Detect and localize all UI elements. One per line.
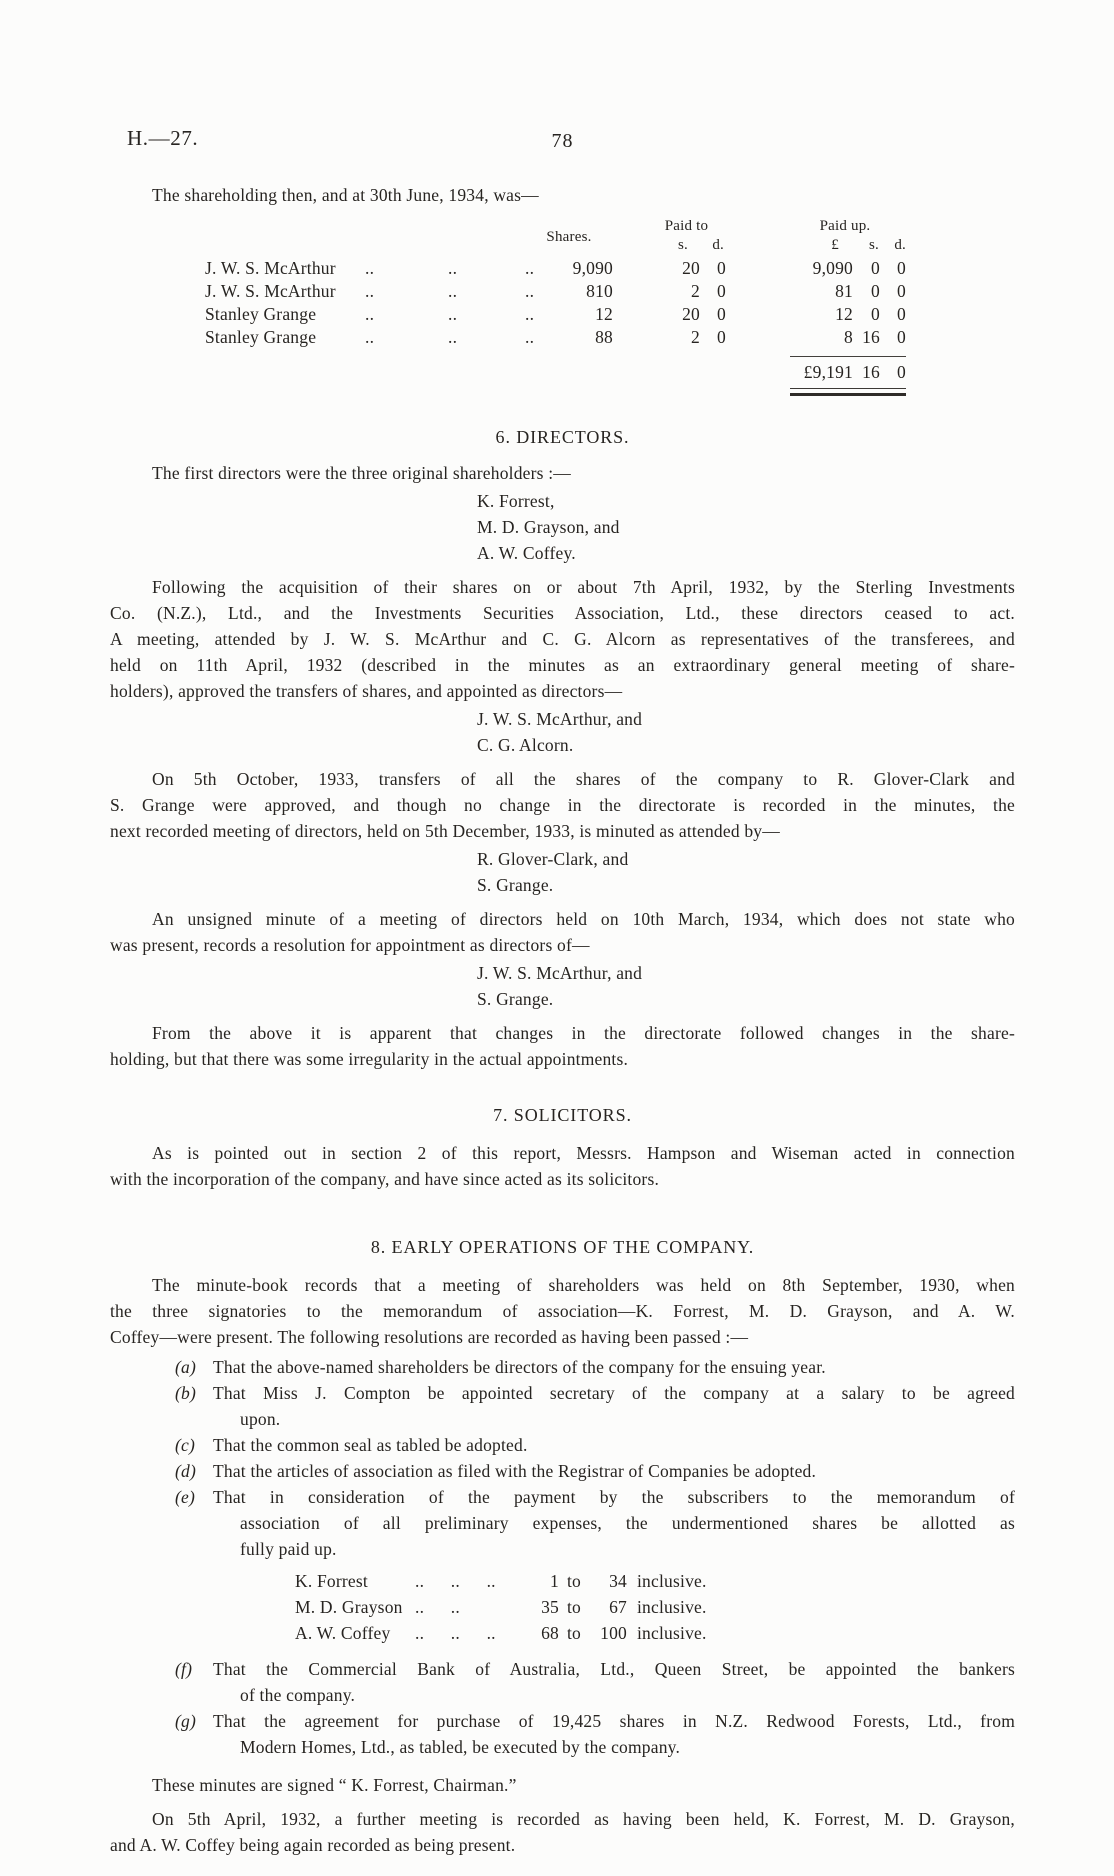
text-line: On 5th April, 1932, a further meeting is… (110, 1806, 1015, 1832)
dot-leader: .. (448, 280, 525, 303)
shares-value: 9,090 (541, 257, 613, 280)
shareholder-name: J. W. S. McArthur (205, 280, 365, 303)
share-range-to-word: to (559, 1620, 589, 1646)
text-line: That the agreement for purchase of 19,42… (213, 1708, 1015, 1734)
resolution-text: That the Commercial Bank of Australia, L… (213, 1656, 1015, 1708)
text-line: K. Forrest, (477, 488, 1015, 514)
text-line: and A. W. Coffey being again recorded as… (110, 1832, 1015, 1858)
total-s: 16 (853, 360, 880, 384)
text-line: As is pointed out in section 2 of this r… (110, 1140, 1015, 1166)
text-line: was present, records a resolution for ap… (110, 932, 1015, 958)
text-line: That the Commercial Bank of Australia, L… (213, 1656, 1015, 1682)
paid-up-s: 16 (853, 326, 880, 349)
shareholder-name: J. W. S. McArthur (205, 257, 365, 280)
paid-to-d: 0 (700, 280, 726, 303)
text-line: M. D. Grayson, and (477, 514, 1015, 540)
total-rule-row (205, 349, 1015, 357)
text-line: These minutes are signed “ K. Forrest, C… (110, 1772, 1015, 1798)
april-meeting-paragraph: On 5th April, 1932, a further meeting is… (110, 1806, 1015, 1858)
shares-value: 88 (541, 326, 613, 349)
allottee-name: K. Forrest (295, 1568, 415, 1594)
resolution-marker: (f) (175, 1656, 192, 1682)
text-line: An unsigned minute of a meeting of direc… (110, 906, 1015, 932)
dot-leader: .. (525, 257, 541, 280)
table-row: Stanley Grange .. .. .. 12 20 0 12 0 0 (205, 303, 1015, 326)
resolution-marker: (d) (175, 1458, 196, 1484)
resolution-item-e: (e) That in consideration of the payment… (213, 1484, 1015, 1562)
share-range-suffix: inclusive. (627, 1620, 707, 1646)
text-line: S. Grange. (477, 986, 1015, 1012)
text-line: That the above-named shareholders be dir… (213, 1354, 1015, 1380)
resolution-item-c: (c) That the common seal as tabled be ad… (213, 1432, 1015, 1458)
paid-up-s: 0 (853, 257, 880, 280)
text-line: association of all preliminary expenses,… (213, 1510, 1015, 1536)
text-line: That the common seal as tabled be adopte… (213, 1432, 1015, 1458)
text-line: fully paid up. (213, 1536, 1015, 1562)
dot-leader: .. (448, 326, 525, 349)
unit-paid-up-s: s. (853, 236, 880, 257)
allotment-row: K. Forrest .. .. .. 1 to 34 inclusive. (295, 1568, 1015, 1594)
unit-paid-up-pounds: £ (726, 236, 853, 257)
dot-leader: .. (365, 257, 448, 280)
text-line: next recorded meeting of directors, held… (110, 818, 1015, 844)
dot-leader: .. .. .. (415, 1568, 525, 1594)
share-range-from: 35 (525, 1594, 559, 1620)
resolution-item-f: (f) That the Commercial Bank of Australi… (213, 1656, 1015, 1708)
resolution-item-b: (b) That Miss J. Compton be appointed se… (213, 1380, 1015, 1432)
shareholder-name: Stanley Grange (205, 326, 365, 349)
text-line: That Miss J. Compton be appointed secret… (213, 1380, 1015, 1406)
paid-to-s: 2 (613, 280, 700, 303)
text-line: C. G. Alcorn. (477, 732, 1015, 758)
dot-leader: .. (448, 303, 525, 326)
paid-to-d: 0 (700, 326, 726, 349)
text-line: R. Glover-Clark, and (477, 846, 1015, 872)
dot-leader: .. (365, 326, 448, 349)
allottee-name: A. W. Coffey (295, 1620, 415, 1646)
text-line: holders), approved the transfers of shar… (110, 678, 1015, 704)
unit-paid-to-d: d. (700, 236, 726, 257)
share-allotment-table: K. Forrest .. .. .. 1 to 34 inclusive. M… (295, 1568, 1015, 1646)
share-range-from: 1 (525, 1568, 559, 1594)
directors-following-paragraph: Following the acquisition of their share… (110, 574, 1015, 704)
table-row: J. W. S. McArthur .. .. .. 810 2 0 81 0 … (205, 280, 1015, 303)
text-line: That the articles of association as file… (213, 1458, 1015, 1484)
paid-up-pounds: 9,090 (726, 257, 853, 280)
text-line: On 5th October, 1933, transfers of all t… (110, 766, 1015, 792)
share-range-suffix: inclusive. (627, 1594, 707, 1620)
text-line: with the incorporation of the company, a… (110, 1166, 1015, 1192)
shareholding-table: Shares. Paid to s. d. Paid up. £ s. d. J… (205, 212, 1015, 398)
paid-up-d: 0 (880, 257, 906, 280)
appointed-directors-1932-list: J. W. S. McArthur, andC. G. Alcorn. (477, 706, 1015, 758)
paid-to-s: 20 (613, 303, 700, 326)
unit-paid-up-d: d. (880, 236, 906, 257)
text-line: The minute-book records that a meeting o… (110, 1272, 1015, 1298)
text-line: That in consideration of the payment by … (213, 1484, 1015, 1510)
text-line: holding, but that there was some irregul… (110, 1046, 1015, 1072)
text-line: J. W. S. McArthur, and (477, 706, 1015, 732)
total-pounds: £9,191 (726, 360, 853, 384)
early-operations-intro-paragraph: The minute-book records that a meeting o… (110, 1272, 1015, 1350)
text-line: upon. (213, 1406, 1015, 1432)
text-line: held on 11th April, 1932 (described in t… (110, 652, 1015, 678)
allottee-name: M. D. Grayson (295, 1594, 415, 1620)
shareholder-name: Stanley Grange (205, 303, 365, 326)
solicitors-paragraph: As is pointed out in section 2 of this r… (110, 1140, 1015, 1192)
unit-paid-to-s: s. (613, 236, 700, 257)
total-d: 0 (880, 360, 906, 384)
dot-leader: .. (525, 303, 541, 326)
resolution-marker: (c) (175, 1432, 195, 1458)
paid-up-d: 0 (880, 326, 906, 349)
original-directors-list: K. Forrest,M. D. Grayson, andA. W. Coffe… (477, 488, 1015, 566)
paid-up-s: 0 (853, 280, 880, 303)
share-range-to-word: to (559, 1594, 589, 1620)
paid-to-s: 2 (613, 326, 700, 349)
text-line: J. W. S. McArthur, and (477, 960, 1015, 986)
total-double-rule (790, 388, 906, 396)
dot-leader: .. (365, 303, 448, 326)
directors-conclusion-paragraph: From the above it is apparent that chang… (110, 1020, 1015, 1072)
text-line: The first directors were the three origi… (110, 460, 1015, 486)
paid-to-d: 0 (700, 257, 726, 280)
share-range-suffix: inclusive. (627, 1568, 707, 1594)
col-header-shares: Shares. (525, 222, 613, 247)
page-number: 78 (110, 130, 1015, 153)
text-line: Coffey—were present. The following resol… (110, 1324, 1015, 1350)
resolution-item-d: (d) That the articles of association as … (213, 1458, 1015, 1484)
col-header-paid-to: Paid to (613, 217, 726, 236)
directors-march-1934-list: J. W. S. McArthur, andS. Grange. (477, 960, 1015, 1012)
resolution-item-a: (a) That the above-named shareholders be… (213, 1354, 1015, 1380)
share-range-to-word: to (559, 1568, 589, 1594)
dot-leader: .. (365, 280, 448, 303)
dot-leader: .. (525, 280, 541, 303)
text-line: S. Grange were approved, and though no c… (110, 792, 1015, 818)
directors-october-paragraph: On 5th October, 1933, transfers of all t… (110, 766, 1015, 844)
resolution-text: That the articles of association as file… (213, 1458, 1015, 1484)
resolution-marker: (a) (175, 1354, 196, 1380)
resolution-text: That in consideration of the payment by … (213, 1484, 1015, 1562)
resolution-text: That the above-named shareholders be dir… (213, 1354, 1015, 1380)
text-line: A meeting, attended by J. W. S. McArthur… (110, 626, 1015, 652)
page-content: H.—27. 78 The shareholding then, and at … (0, 0, 1114, 1858)
share-range-from: 68 (525, 1620, 559, 1646)
directors-intro-paragraph: The first directors were the three origi… (110, 460, 1015, 486)
resolution-marker: (g) (175, 1708, 196, 1734)
text-line: S. Grange. (477, 872, 1015, 898)
paid-to-d: 0 (700, 303, 726, 326)
text-line: A. W. Coffey. (477, 540, 1015, 566)
col-header-paid-up: Paid up. (726, 217, 906, 236)
paid-up-d: 0 (880, 280, 906, 303)
scanned-document-page: H.—27. 78 The shareholding then, and at … (0, 0, 1114, 1876)
shares-value: 12 (541, 303, 613, 326)
dot-leader: .. (525, 326, 541, 349)
resolution-item-g: (g) That the agreement for purchase of 1… (213, 1708, 1015, 1760)
section-heading-directors: 6. DIRECTORS. (110, 424, 1015, 450)
resolution-text: That Miss J. Compton be appointed secret… (213, 1380, 1015, 1432)
resolution-text: That the common seal as tabled be adopte… (213, 1432, 1015, 1458)
shareholding-intro: The shareholding then, and at 30th June,… (110, 182, 1015, 208)
paid-up-d: 0 (880, 303, 906, 326)
resolution-marker: (e) (175, 1484, 195, 1510)
dot-leader: .. .. (415, 1594, 525, 1620)
share-range-to: 34 (589, 1568, 627, 1594)
minutes-signed-paragraph: These minutes are signed “ K. Forrest, C… (110, 1772, 1015, 1798)
share-range-to: 67 (589, 1594, 627, 1620)
table-row: Stanley Grange .. .. .. 88 2 0 8 16 0 (205, 326, 1015, 349)
directors-december-1933-list: R. Glover-Clark, andS. Grange. (477, 846, 1015, 898)
page-header: H.—27. 78 (110, 126, 1015, 160)
shares-value: 810 (541, 280, 613, 303)
allotment-row: M. D. Grayson .. .. 35 to 67 inclusive. (295, 1594, 1015, 1620)
allotment-row: A. W. Coffey .. .. .. 68 to 100 inclusiv… (295, 1620, 1015, 1646)
resolution-text: That the agreement for purchase of 19,42… (213, 1708, 1015, 1760)
total-double-rule-row (205, 384, 1015, 398)
text-line: Modern Homes, Ltd., as tabled, be execut… (213, 1734, 1015, 1760)
paid-up-s: 0 (853, 303, 880, 326)
text-line: From the above it is apparent that chang… (110, 1020, 1015, 1046)
text-line: of the company. (213, 1682, 1015, 1708)
resolution-marker: (b) (175, 1380, 196, 1406)
paid-up-pounds: 8 (726, 326, 853, 349)
paid-to-s: 20 (613, 257, 700, 280)
section-heading-early-operations: 8. EARLY OPERATIONS OF THE COMPANY. (110, 1234, 1015, 1260)
section-heading-solicitors: 7. SOLICITORS. (110, 1102, 1015, 1128)
text-line: Co. (N.Z.), Ltd., and the Investments Se… (110, 600, 1015, 626)
directors-unsigned-minute-paragraph: An unsigned minute of a meeting of direc… (110, 906, 1015, 958)
table-row: J. W. S. McArthur .. .. .. 9,090 20 0 9,… (205, 257, 1015, 280)
total-top-rule (790, 356, 906, 357)
total-row: £9,191 16 0 (205, 360, 1015, 384)
text-line: Following the acquisition of their share… (110, 574, 1015, 600)
paid-up-pounds: 81 (726, 280, 853, 303)
text-line: the three signatories to the memorandum … (110, 1298, 1015, 1324)
dot-leader: .. (448, 257, 525, 280)
shareholding-table-header: Shares. Paid to s. d. Paid up. £ s. d. (205, 212, 1015, 257)
share-range-to: 100 (589, 1620, 627, 1646)
dot-leader: .. .. .. (415, 1620, 525, 1646)
text-line: The shareholding then, and at 30th June,… (110, 182, 1015, 208)
paid-up-pounds: 12 (726, 303, 853, 326)
